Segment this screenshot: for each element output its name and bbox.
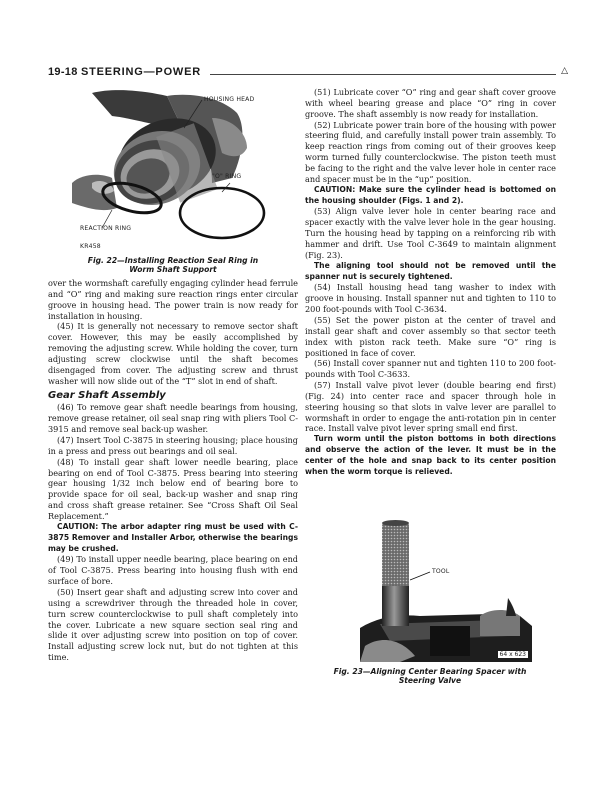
paragraph-51: (51) Lubricate cover “O” ring and gear s…: [305, 87, 556, 120]
paragraph-47: (47) Insert Tool C-3875 in steering hous…: [48, 435, 298, 457]
figure-22-illustration: HOUSING HEAD "O" RING REACTION RING KR45…: [72, 88, 272, 250]
paragraph-52: (52) Lubricate power train bore of the h…: [305, 120, 556, 185]
triangle-mark-icon: △: [561, 66, 568, 76]
caption-line: Worm Shaft Support: [60, 265, 286, 274]
label-tool: TOOL: [432, 568, 450, 575]
label-housing-head: HOUSING HEAD: [204, 96, 254, 103]
paragraph-54: (54) Install housing head tang washer to…: [305, 282, 556, 315]
right-column: (51) Lubricate cover “O” ring and gear s…: [305, 87, 556, 478]
section-title: STEERING—POWER: [81, 66, 201, 78]
left-column: over the wormshaft carefully engaging cy…: [48, 278, 298, 663]
aligning-tool-photo: [360, 516, 532, 662]
header-rule: [210, 74, 556, 75]
page-header: 19-18 STEERING—POWER △: [48, 66, 568, 82]
figure-code: 64 x 623: [498, 651, 528, 658]
paragraph-57: (57) Install valve pivot lever (double b…: [305, 380, 556, 434]
paragraph-continued: over the wormshaft carefully engaging cy…: [48, 278, 298, 321]
paragraph-45: (45) It is generally not necessary to re…: [48, 321, 298, 386]
subheading-gear-shaft-assembly: Gear Shaft Assembly: [48, 390, 298, 402]
caution-cylinder-head: CAUTION: Make sure the cylinder head is …: [305, 185, 556, 207]
paragraph-50: (50) Insert gear shaft and adjusting scr…: [48, 587, 298, 663]
page-number: 19-18: [48, 66, 78, 78]
label-reaction-ring: REACTION RING: [80, 225, 131, 232]
note-aligning-tool: The aligning tool should not be removed …: [305, 261, 556, 283]
paragraph-56: (56) Install cover spanner nut and tight…: [305, 358, 556, 380]
caption-line: Steering Valve: [318, 676, 542, 685]
figure-22-caption: Fig. 22—Installing Reaction Seal Ring in…: [60, 256, 286, 274]
paragraph-46: (46) To remove gear shaft needle bearing…: [48, 402, 298, 435]
caption-line: Fig. 22—Installing Reaction Seal Ring in: [60, 256, 286, 265]
figure-code: KR458: [80, 243, 101, 250]
manual-page: 19-18 STEERING—POWER △: [0, 0, 612, 792]
paragraph-49: (49) To install upper needle bearing, pl…: [48, 554, 298, 587]
caution-arbor-ring: CAUTION: The arbor adapter ring must be …: [48, 522, 298, 555]
label-o-ring: "O" RING: [212, 173, 241, 180]
paragraph-48: (48) To install gear shaft lower needle …: [48, 457, 298, 522]
figure-23-illustration: TOOL 64 x 623: [360, 516, 532, 662]
paragraph-55: (55) Set the power piston at the center …: [305, 315, 556, 358]
figure-23-caption: Fig. 23—Aligning Center Bearing Spacer w…: [318, 667, 542, 685]
paragraph-53: (53) Align valve lever hole in center be…: [305, 206, 556, 260]
caption-line: Fig. 23—Aligning Center Bearing Spacer w…: [318, 667, 542, 676]
note-turn-worm: Turn worm until the piston bottoms in bo…: [305, 434, 556, 478]
